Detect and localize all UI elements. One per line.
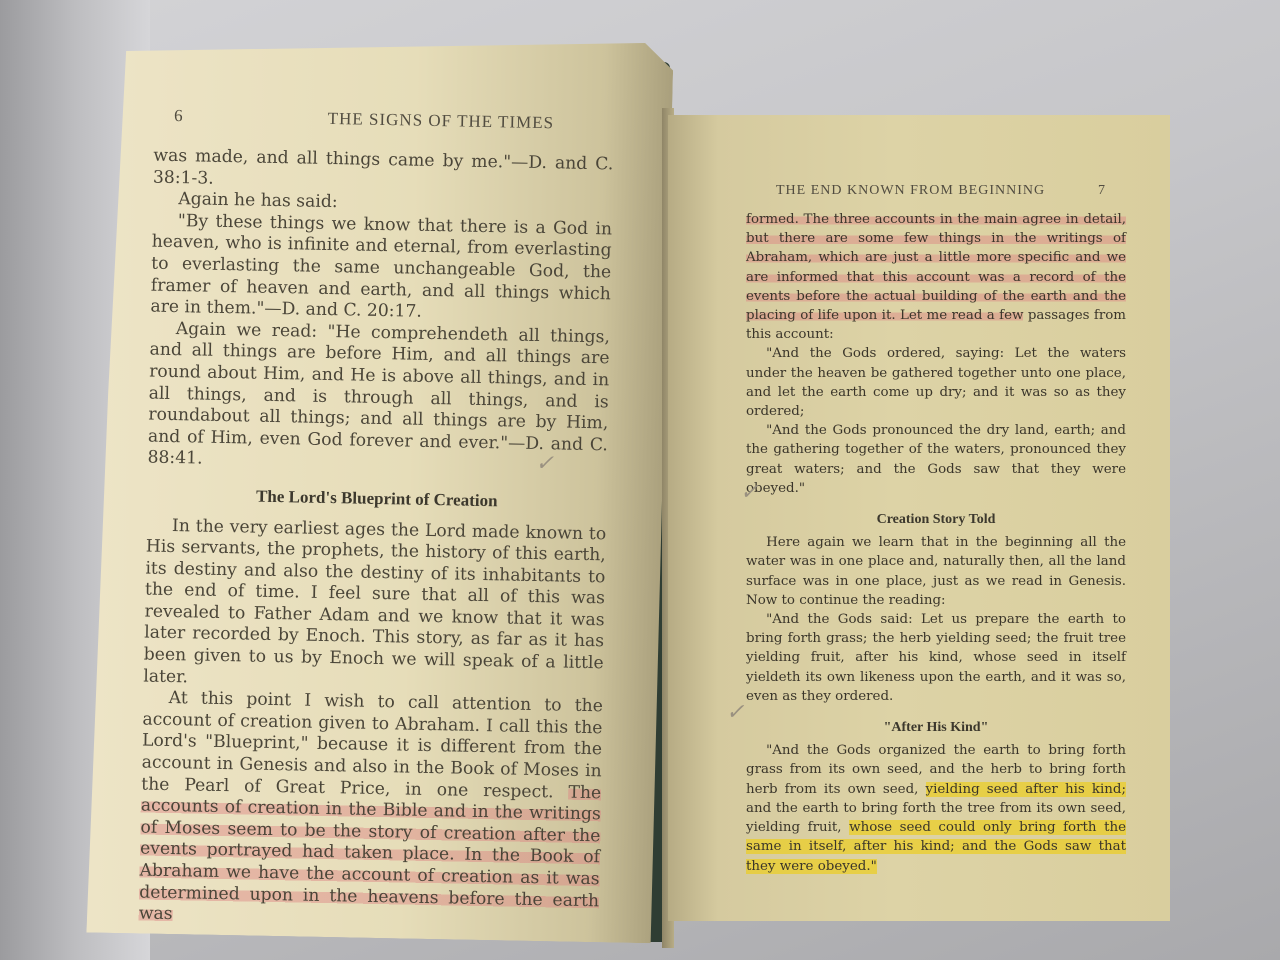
right-page-number: 7	[1098, 183, 1106, 199]
pencil-check-mark-icon: ✓	[726, 700, 744, 725]
paragraph: Here again we learn that in the beginnin…	[746, 533, 1126, 610]
right-page: THE END KNOWN FROM BEGINNING 7 formed. T…	[668, 115, 1170, 921]
left-page-number: 6	[174, 106, 184, 126]
paragraph: In the very earliest ages the Lord made …	[143, 515, 606, 697]
pencil-check-mark-icon: ✓	[740, 480, 758, 505]
quote: "And the Gods said: Let us prepare the e…	[746, 610, 1126, 706]
section-heading: Creation Story Told	[746, 510, 1126, 529]
red-highlight: The accounts of creation in the Bible an…	[139, 782, 602, 924]
quote: "And the Gods pronounced the dry land, e…	[746, 421, 1126, 498]
section-heading: The Lord's Blueprint of Creation	[147, 483, 607, 513]
quote: "And the Gods ordered, saying: Let the w…	[746, 344, 1126, 421]
red-highlight: formed. The three accounts in the main a…	[746, 212, 1126, 323]
right-running-title: THE END KNOWN FROM BEGINNING	[776, 183, 1045, 199]
left-body-text: was made, and all things came by me."—D.…	[139, 146, 614, 934]
yellow-highlight: yielding seed after his kind;	[926, 782, 1126, 797]
plain-text: At this point I wish to call attention t…	[141, 688, 603, 802]
paragraph: "By these things we know that there is a…	[150, 210, 612, 327]
pencil-check-mark-icon: ✓	[535, 451, 554, 476]
left-running-title: THE SIGNS OF THE TIMES	[328, 109, 555, 133]
paragraph: At this point I wish to call attention t…	[139, 688, 603, 934]
section-heading: "After His Kind"	[746, 718, 1126, 737]
left-running-head: 6 THE SIGNS OF THE TIMES	[174, 106, 594, 134]
right-body-text: formed. The three accounts in the main a…	[746, 210, 1126, 876]
paragraph: formed. The three accounts in the main a…	[746, 210, 1126, 344]
right-running-head: THE END KNOWN FROM BEGINNING 7	[776, 183, 1106, 199]
quote: "And the Gods organized the earth to bri…	[746, 741, 1126, 875]
left-page: 6 THE SIGNS OF THE TIMES was made, and a…	[86, 33, 673, 944]
